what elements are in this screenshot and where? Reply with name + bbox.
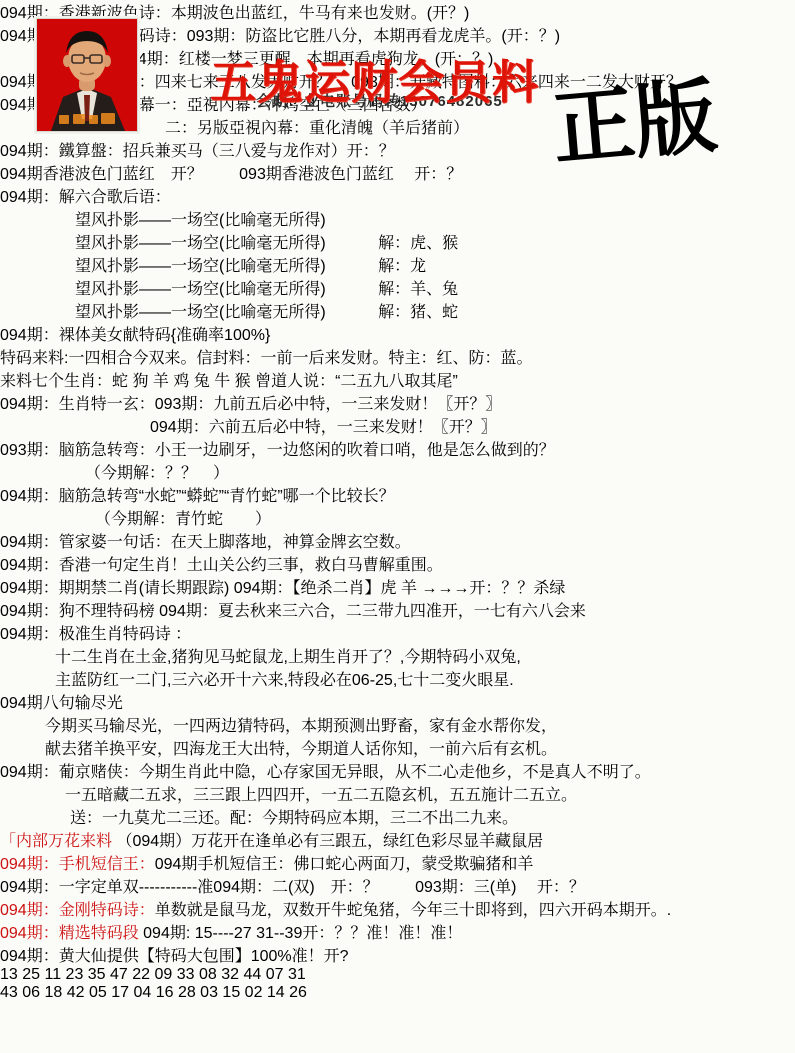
text-line: 094期：金刚特码诗：单数就是鼠马龙，双数开牛蛇兔猪，今年三十即将到，四六开码本… [0, 897, 795, 920]
text-line: 094期：手机短信王：094期手机短信王：佛口蛇心两面刀，蒙受欺骗猪和羊 [0, 851, 795, 874]
text-line: 望风扑影——一场空(比喻毫无所得) [0, 207, 795, 230]
text-line: （今期解：？？ ） [0, 460, 795, 483]
text-line: 094期：脑筋急转弯“水蛇”“蟒蛇”“青竹蛇”哪一个比较长？ [0, 483, 795, 506]
text-line: 094期：一字定单双-----------准094期：二(双) 开：？ 093期… [0, 874, 795, 897]
text-line: 094期：生肖特一玄：093期：九前五后必中特，一三来发财！〖开？〗 [0, 391, 795, 414]
text-line: 来料七个生肖：蛇 狗 羊 鸡 兔 牛 猴 曾道人说：“二五九八取其尾” [0, 368, 795, 391]
portrait-photo [36, 18, 138, 132]
text-line: 094期：精选特码段 094期: 15----27 31--39开：？？准！准！… [0, 920, 795, 943]
text-line: 十二生肖在土金,猪狗见马蛇鼠龙,上期生肖开了？,今期特码小双兔, [0, 644, 795, 667]
text-line: 43 06 18 42 05 17 04 16 28 03 15 02 14 2… [0, 984, 795, 1002]
text-line: 献去猪羊换平安，四海龙王大出特，今期道人话你知，一前六后有玄机。 [0, 736, 795, 759]
text-line: 13 25 11 23 35 47 22 09 33 08 32 44 07 3… [0, 966, 795, 984]
text-line: 093期：脑筋急转弯：小王一边刷牙，一边悠闲的吹着口哨，他是怎么做到的？ [0, 437, 795, 460]
page-title: 五鬼运财会员料 [210, 46, 539, 112]
text-line: 094期：解六合歌后语： [0, 184, 795, 207]
text-line: 望风扑影——一场空(比喻毫无所得) 解：羊、兔 [0, 276, 795, 299]
flyer-page: 会期：业电账号码转13076482065 五鬼运财会员料 正版 094期：香港新… [0, 0, 795, 1053]
text-line: 望风扑影——一场空(比喻毫无所得) 解：龙 [0, 253, 795, 276]
text-line: 094期：六前五后必中特，一三来发财！〖开？〗 [0, 414, 795, 437]
text-line: 送：一九莫尤二三还。配：今期特码应本期，三二不出二九来。 [0, 805, 795, 828]
text-line: 094期：香港一句定生肖！土山关公约三事，救白马曹解重围。 [0, 552, 795, 575]
text-line: 094期：狗不理特码榜 094期：夏去秋来三六合，二三带九四准开，一七有六八会来 [0, 598, 795, 621]
text-line: 094期：黄大仙提供【特码大包围】100%准！开? [0, 943, 795, 966]
text-line: 一五暗藏二五求，三三跟上四四开，一五二五隐玄机，五五施计二五立。 [0, 782, 795, 805]
text-line: （今期解：青竹蛇 ） [0, 506, 795, 529]
text-line: 094期：裸体美女献特码{准确率100%} [0, 322, 795, 345]
text-line: 特码来料:一四相合今双来。信封料：一前一后来发财。特主：红、防：蓝。 [0, 345, 795, 368]
watermark-genuine: 正版 [547, 51, 721, 182]
text-line: 094期：管家婆一句话：在天上脚落地，神算金牌玄空数。 [0, 529, 795, 552]
text-line: 094期：葡京赌侠：今期生肖此中隐，心存家国无异眼，从不二心走他乡，不是真人不明… [0, 759, 795, 782]
text-line: 今期买马输尽光，一四两边猜特码，本期预测出野畜，家有金水帮你发， [0, 713, 795, 736]
portrait-photo-image [37, 19, 137, 131]
text-line: 主蓝防红一二门,三六必开十六来,特段必在06-25,七十二变火眼星. [0, 667, 795, 690]
text-line: 094期：期期禁二肖(请长期跟踪) 094期：【绝杀二肖】虎 羊 →→→开：？？… [0, 575, 795, 598]
text-line: 094期：极准生肖特码诗 ： [0, 621, 795, 644]
text-line: 望风扑影——一场空(比喻毫无所得) 解：猪、蛇 [0, 299, 795, 322]
text-line: 094期八句输尽光 [0, 690, 795, 713]
text-line: 望风扑影——一场空(比喻毫无所得) 解：虎、猴 [0, 230, 795, 253]
text-line: 「内部万花来料 （094期）万花开在逢单必有三跟五，绿红色彩尽显羊藏鼠居 [0, 828, 795, 851]
